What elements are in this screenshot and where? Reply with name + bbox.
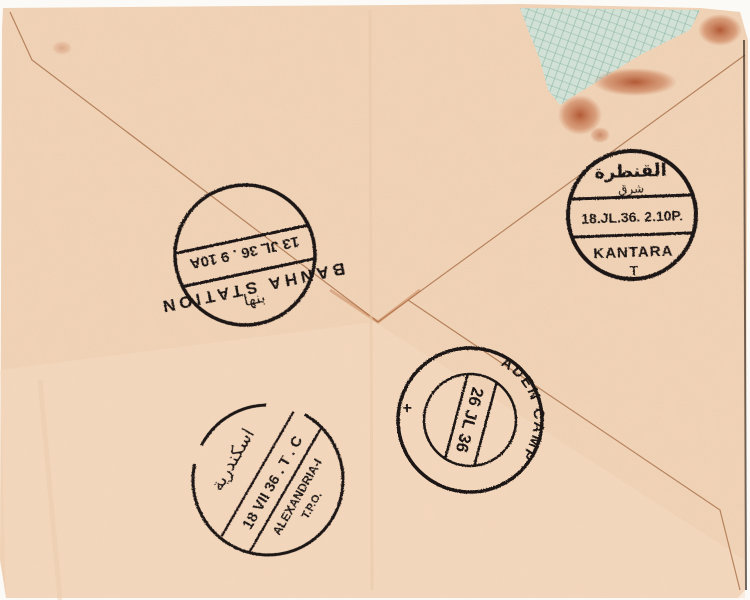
envelope-photo: BANHA STATION 13 JL 36 . 9 10A بنها القن… [0,0,750,600]
svg-text:+: + [402,400,411,417]
svg-text:القنطرة: القنطرة [594,160,667,184]
svg-text:شرق: شرق [618,182,645,198]
envelope-back: BANHA STATION 13 JL 36 . 9 10A بنها القن… [0,0,750,600]
svg-text:T: T [630,263,639,278]
svg-text:KANTARA: KANTARA [593,243,674,263]
